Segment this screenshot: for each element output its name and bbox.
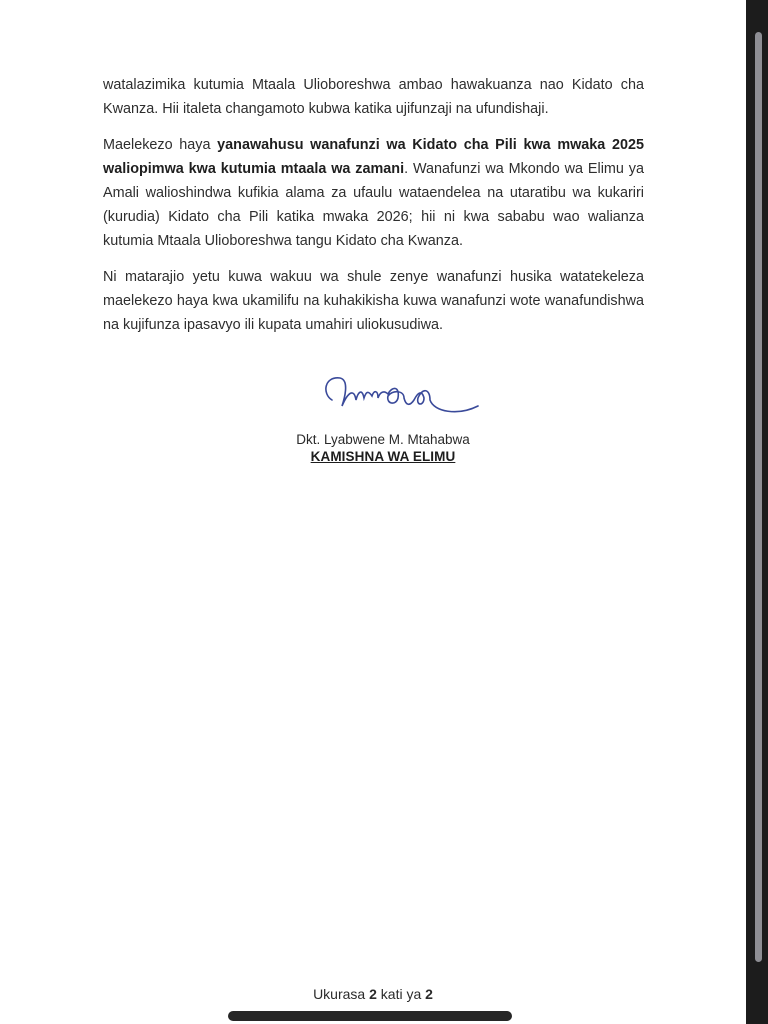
paragraph-1: watalazimika kutumia Mtaala Ulioboreshwa…: [103, 73, 644, 121]
home-indicator-bar[interactable]: [228, 1011, 512, 1021]
text-run: watalazimika kutumia Mtaala Ulioboreshwa…: [103, 77, 644, 117]
signatory-block: Dkt. Lyabwene M. Mtahabwa KAMISHNA WA EL…: [266, 431, 500, 465]
document-page: watalazimika kutumia Mtaala Ulioboreshwa…: [0, 0, 746, 1024]
current-page-number: 2: [369, 986, 377, 1002]
signature-image: [318, 370, 488, 430]
total-pages-number: 2: [425, 986, 433, 1002]
scrollbar-thumb[interactable]: [755, 32, 762, 962]
paragraph-2: Maelekezo haya yanawahusu wanafunzi wa K…: [103, 133, 644, 253]
footer-prefix: Ukurasa: [313, 986, 369, 1002]
signature-stroke-icon: [326, 378, 478, 412]
page-number-footer: Ukurasa 2 kati ya 2: [0, 986, 746, 1002]
signatory-name: Dkt. Lyabwene M. Mtahabwa: [266, 431, 500, 448]
text-run: Ni matarajio yetu kuwa wakuu wa shule ze…: [103, 269, 644, 333]
text-run: Maelekezo haya: [103, 137, 217, 153]
document-body: watalazimika kutumia Mtaala Ulioboreshwa…: [103, 73, 644, 349]
paragraph-3: Ni matarajio yetu kuwa wakuu wa shule ze…: [103, 265, 644, 337]
signatory-title: KAMISHNA WA ELIMU: [266, 448, 500, 465]
footer-middle: kati ya: [377, 986, 425, 1002]
